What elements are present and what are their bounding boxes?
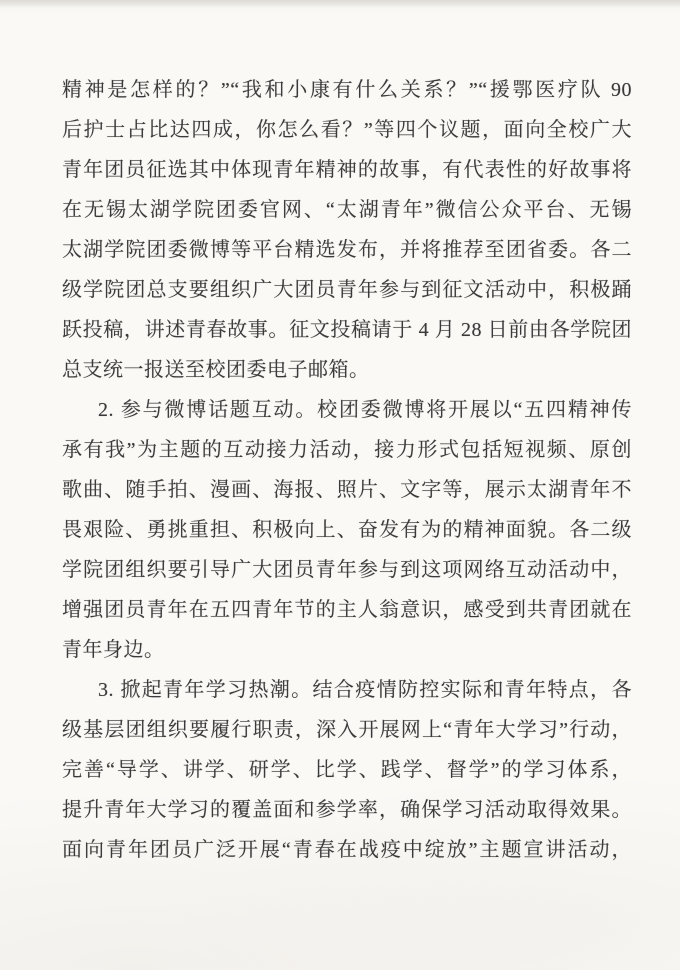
text-line: 总支统一报送至校团委电子邮箱。 bbox=[62, 350, 632, 390]
text-line: 完善“导学、讲学、研学、比学、践学、督学”的学习体系， bbox=[62, 750, 632, 790]
text-line: 畏艰险、勇挑重担、积极向上、奋发有为的精神面貌。各二级 bbox=[62, 510, 632, 550]
text-line: 增强团员青年在五四青年节的主人翁意识，感受到共青团就在 bbox=[62, 590, 632, 630]
text-line: 面向青年团员广泛开展“青春在战疫中绽放”主题宣讲活动， bbox=[62, 830, 632, 870]
text-line: 青年团员征选其中体现青年精神的故事，有代表性的好故事将 bbox=[62, 150, 632, 190]
text-line-paragraph-3-start: 3. 掀起青年学习热潮。结合疫情防控实际和青年特点，各 bbox=[62, 670, 632, 710]
text-line: 承有我”为主题的互动接力活动，接力形式包括短视频、原创 bbox=[62, 430, 632, 470]
text-line: 级基层团组织要履行职责，深入开展网上“青年大学习”行动， bbox=[62, 710, 632, 750]
text-line: 精神是怎样的？”“我和小康有什么关系？”“援鄂医疗队 90 bbox=[62, 70, 632, 110]
text-line: 级学院团总支要组织广大团员青年参与到征文活动中，积极踊 bbox=[62, 270, 632, 310]
text-line: 歌曲、随手拍、漫画、海报、照片、文字等，展示太湖青年不 bbox=[62, 470, 632, 510]
text-line: 青年身边。 bbox=[62, 630, 632, 670]
text-line: 学院团组织要引导广大团员青年参与到这项网络互动活动中， bbox=[62, 550, 632, 590]
scanned-document-page: 精神是怎样的？”“我和小康有什么关系？”“援鄂医疗队 90 后护士占比达四成，你… bbox=[0, 0, 680, 970]
text-line: 跃投稿，讲述青春故事。征文投稿请于 4 月 28 日前由各学院团 bbox=[62, 310, 632, 350]
scan-edge-shadow bbox=[0, 0, 680, 8]
text-line: 提升青年大学习的覆盖面和参学率，确保学习活动取得效果。 bbox=[62, 790, 632, 830]
document-body: 精神是怎样的？”“我和小康有什么关系？”“援鄂医疗队 90 后护士占比达四成，你… bbox=[62, 70, 632, 870]
text-line: 在无锡太湖学院团委官网、“太湖青年”微信公众平台、无锡 bbox=[62, 190, 632, 230]
text-line: 太湖学院团委微博等平台精选发布，并将推荐至团省委。各二 bbox=[62, 230, 632, 270]
text-line-paragraph-2-start: 2. 参与微博话题互动。校团委微博将开展以“五四精神传 bbox=[62, 390, 632, 430]
text-line: 后护士占比达四成，你怎么看？”等四个议题，面向全校广大 bbox=[62, 110, 632, 150]
